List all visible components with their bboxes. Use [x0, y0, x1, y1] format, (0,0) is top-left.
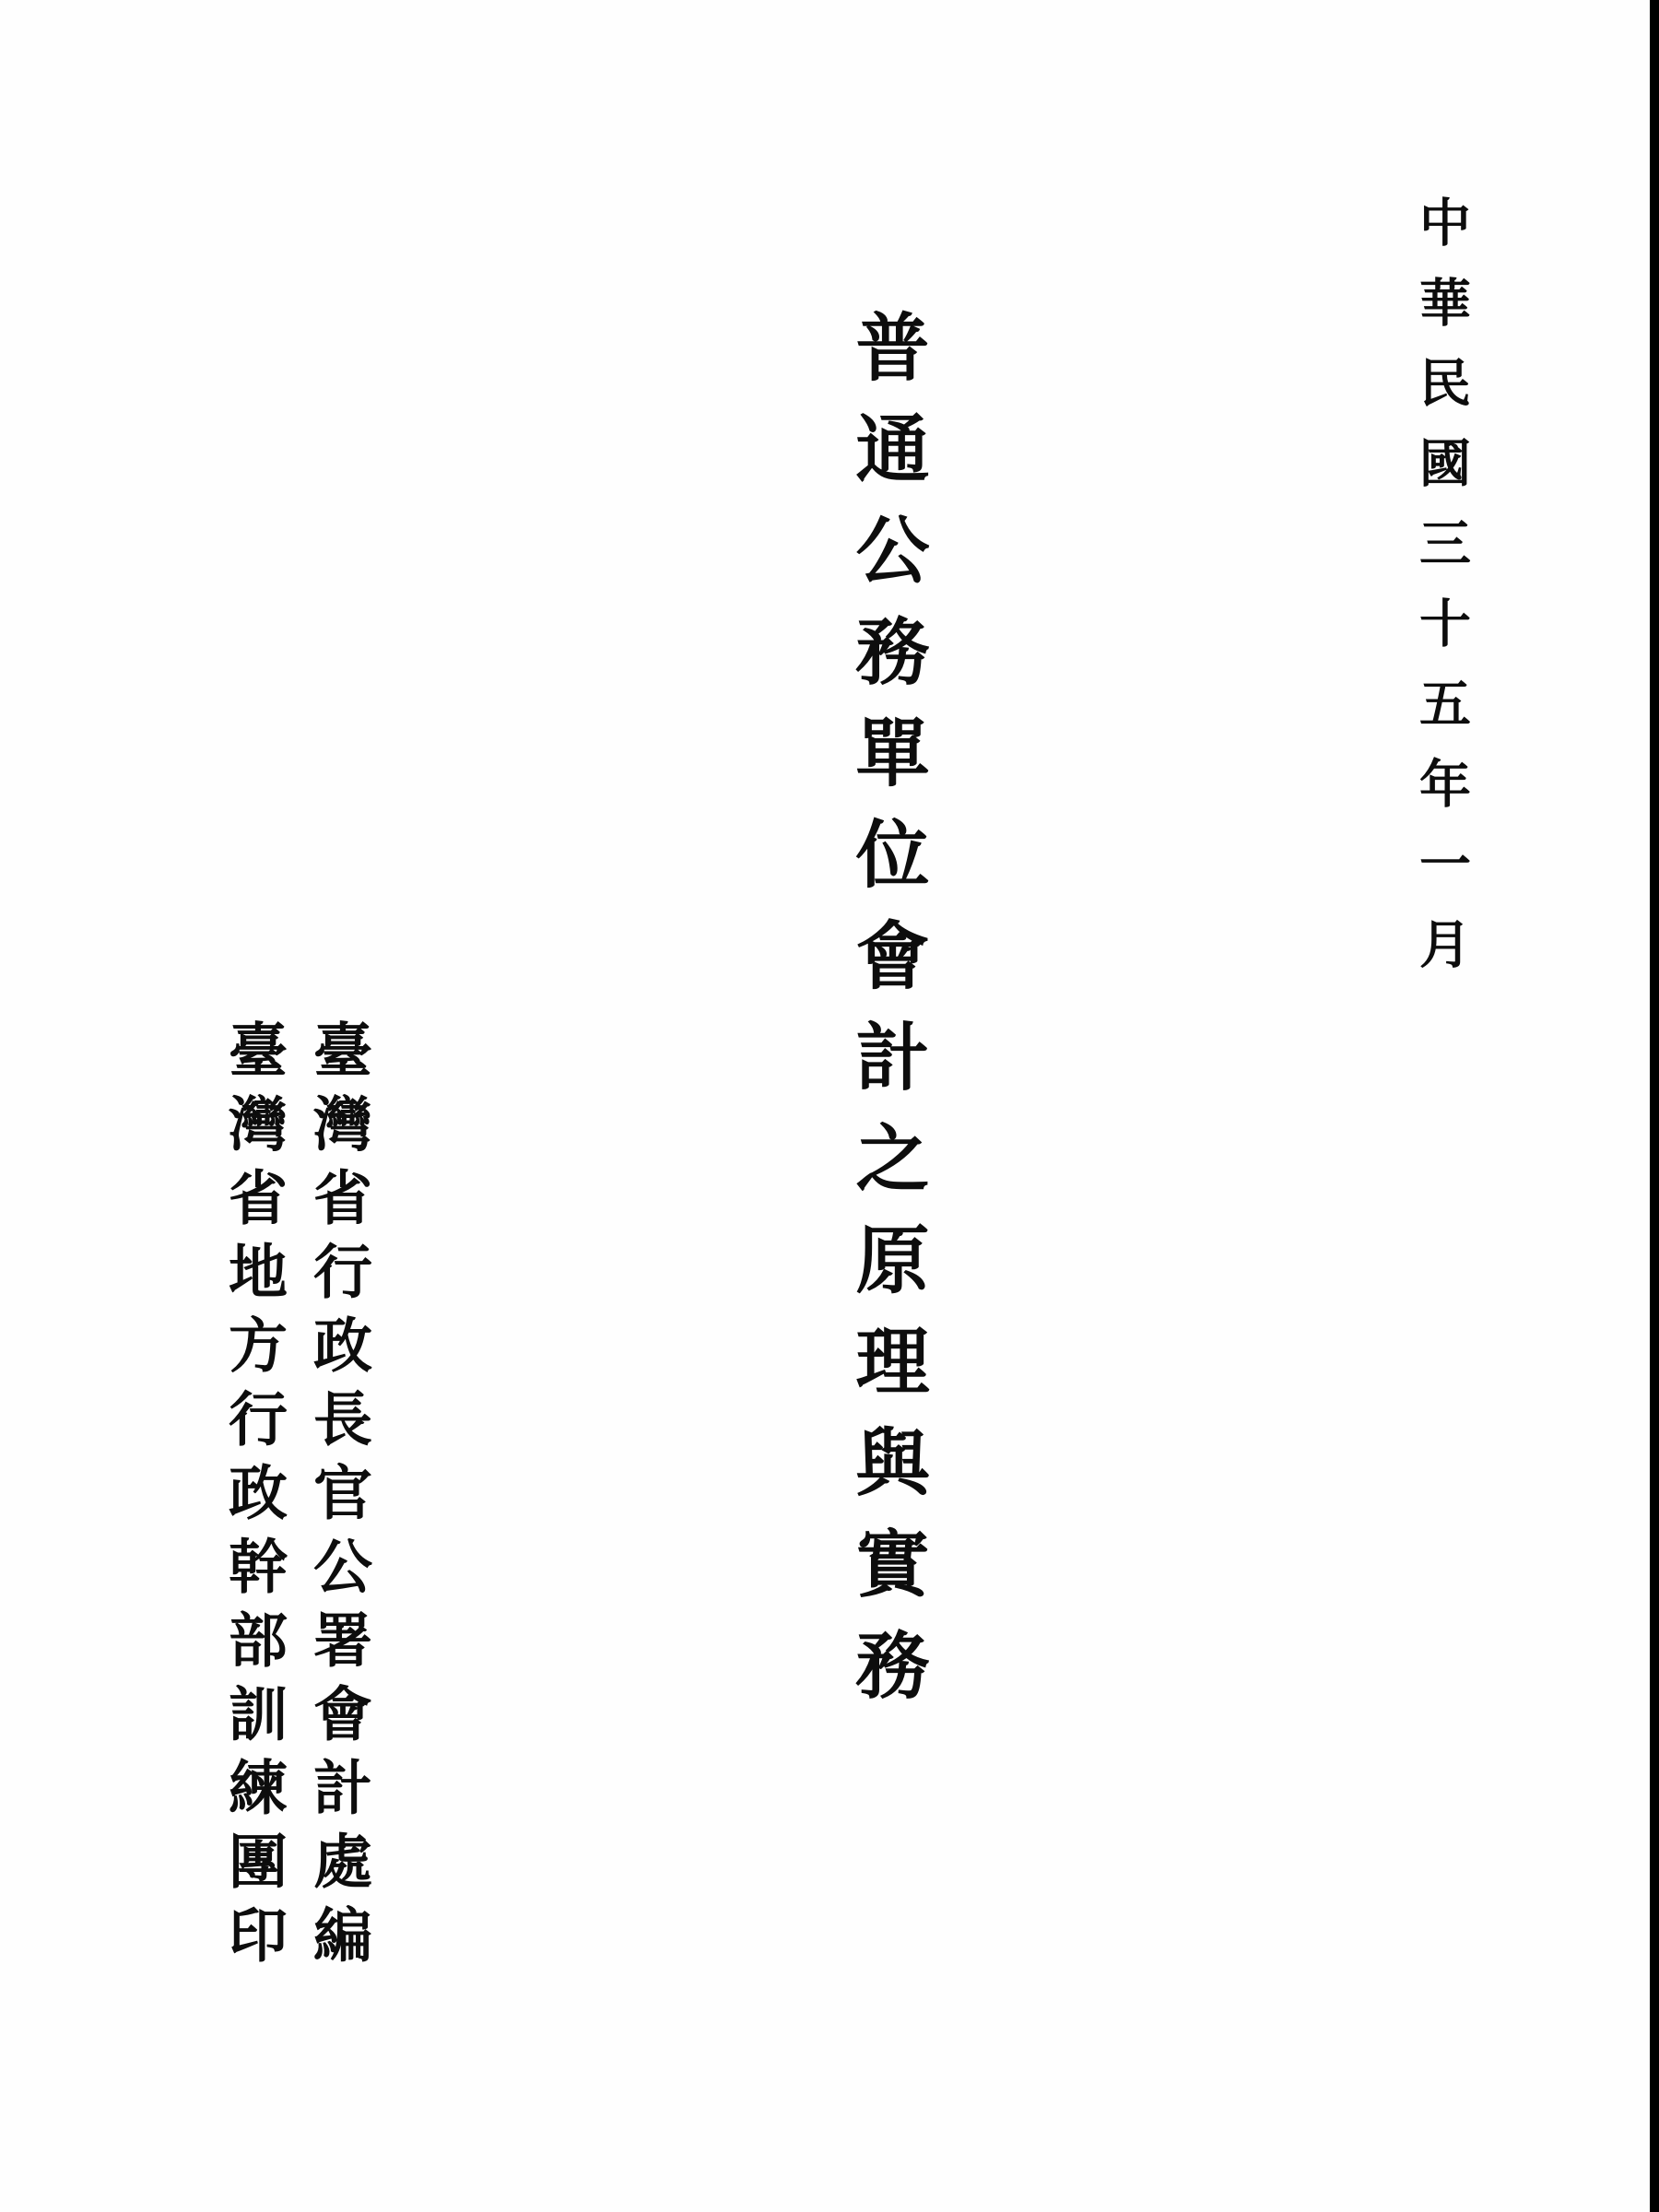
- printer-column: 臺灣省地方行政幹部訓練團印: [210, 1019, 295, 1996]
- book-title: 普通公務單位會計之原理與實務: [834, 309, 940, 1747]
- scanned-title-page: 中華民國三十五年一月 普通公務單位會計之原理與實務 臺灣省行政長官公署會計處編 …: [0, 0, 1659, 2212]
- publication-date-column: 中華民國三十五年一月: [1405, 195, 1478, 1025]
- editor-column: 臺灣省行政長官公署會計處編: [295, 1019, 380, 1996]
- scan-edge-artifact: [1650, 0, 1659, 2212]
